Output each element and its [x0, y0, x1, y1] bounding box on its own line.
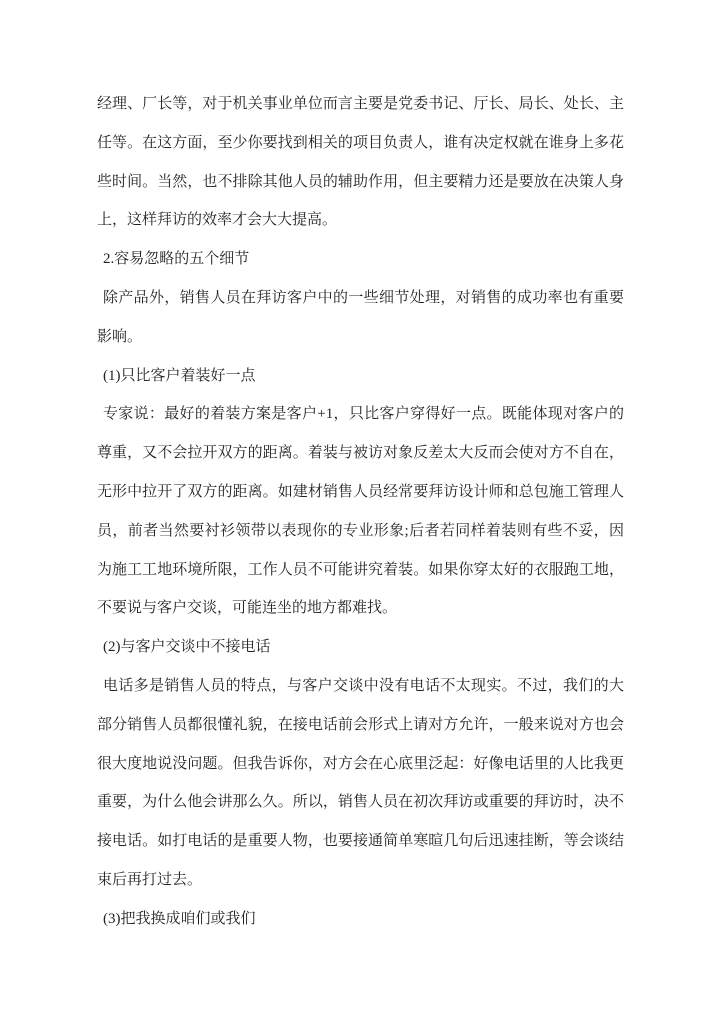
heading-detail-1: (1)只比客户着装好一点: [97, 357, 624, 396]
text-line: 为施工工地环境所限，工作人员不可能讲究着装。如果你穿太好的衣服跑工地，: [97, 551, 624, 590]
text-line: 很大度地说没问题。但我告诉你，对方会在心底里泛起：好像电话里的人比我更: [97, 745, 624, 784]
text-line: 不要说与客户交谈，可能连坐的地方都难找。: [97, 589, 624, 628]
text-line: 部分销售人员都很懂礼貌，在接电话前会形式上请对方允许，一般来说对方也会: [97, 706, 624, 745]
text-line: (2)与客户交谈中不接电话: [97, 628, 624, 667]
paragraph-decision-makers: 经理、厂长等，对于机关事业单位而言主要是党委书记、厅长、局长、处长、主任等。在这…: [97, 85, 624, 240]
text-line: 上，这样拜访的效率才会大大提高。: [97, 201, 624, 240]
text-line: 2.容易忽略的五个细节: [97, 240, 624, 279]
text-line: 无形中拉开了双方的距离。如建材销售人员经常要拜访设计师和总包施工管理人: [97, 473, 624, 512]
heading-section-2: 2.容易忽略的五个细节: [97, 240, 624, 279]
text-line: 些时间。当然，也不排除其他人员的辅助作用，但主要精力还是要放在决策人身: [97, 163, 624, 202]
text-line: 除产品外，销售人员在拜访客户中的一些细节处理，对销售的成功率也有重要: [97, 279, 624, 318]
text-line: 束后再打过去。: [97, 861, 624, 900]
document-page: 经理、厂长等，对于机关事业单位而言主要是党委书记、厅长、局长、处长、主任等。在这…: [0, 0, 721, 1020]
heading-detail-2: (2)与客户交谈中不接电话: [97, 628, 624, 667]
text-line: 员，前者当然要衬衫领带以表现你的专业形象;后者若同样着装则有些不妥，因: [97, 512, 624, 551]
text-line: (1)只比客户着装好一点: [97, 357, 624, 396]
document-body: 经理、厂长等，对于机关事业单位而言主要是党委书记、厅长、局长、处长、主任等。在这…: [97, 85, 624, 939]
text-line: 任等。在这方面，至少你要找到相关的项目负责人，谁有决定权就在谁身上多花: [97, 124, 624, 163]
paragraph-details-intro: 除产品外，销售人员在拜访客户中的一些细节处理，对销售的成功率也有重要影响。: [97, 279, 624, 357]
paragraph-detail-1: 专家说：最好的着装方案是客户+1，只比客户穿得好一点。既能体现对客户的尊重，又不…: [97, 395, 624, 628]
text-line: 接电话。如打电话的是重要人物，也要接通简单寒暄几句后迅速挂断，等会谈结: [97, 822, 624, 861]
text-line: (3)把我换成咱们或我们: [97, 900, 624, 939]
heading-detail-3: (3)把我换成咱们或我们: [97, 900, 624, 939]
text-line: 尊重，又不会拉开双方的距离。着装与被访对象反差太大反而会使对方不自在，: [97, 434, 624, 473]
text-line: 影响。: [97, 318, 624, 357]
text-line: 重要，为什么他会讲那么久。所以，销售人员在初次拜访或重要的拜访时，决不: [97, 783, 624, 822]
paragraph-detail-2: 电话多是销售人员的特点，与客户交谈中没有电话不太现实。不过，我们的大部分销售人员…: [97, 667, 624, 900]
text-line: 经理、厂长等，对于机关事业单位而言主要是党委书记、厅长、局长、处长、主: [97, 85, 624, 124]
text-line: 专家说：最好的着装方案是客户+1，只比客户穿得好一点。既能体现对客户的: [97, 395, 624, 434]
text-line: 电话多是销售人员的特点，与客户交谈中没有电话不太现实。不过，我们的大: [97, 667, 624, 706]
